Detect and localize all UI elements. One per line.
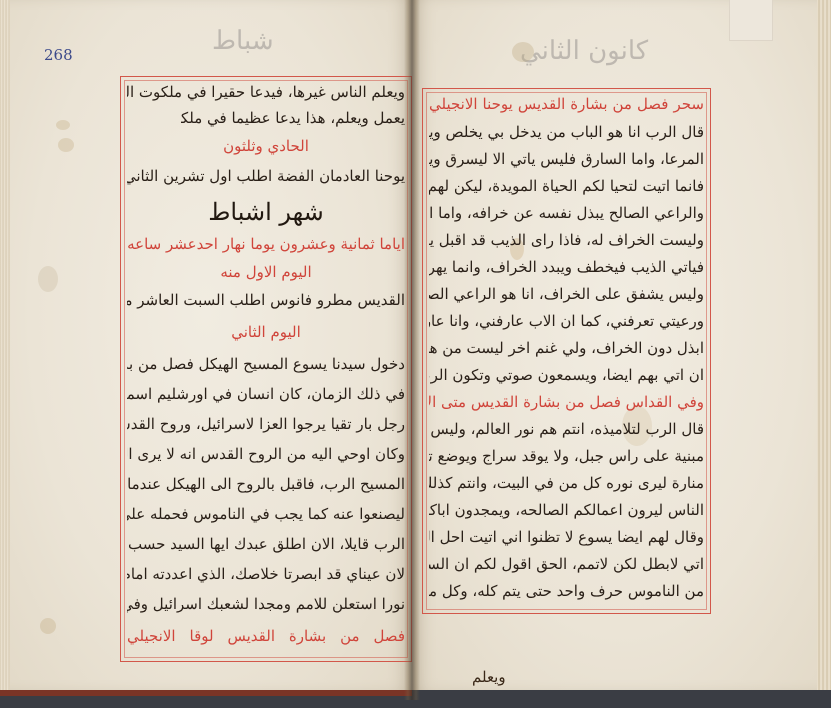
paper-stain bbox=[56, 120, 70, 130]
text-line: مبنية على راس جبل، ولا يوقد سراج ويوضع ت… bbox=[429, 445, 704, 467]
text-line: القديس مطرو فانوس اطلب السبت العاشر من ل… bbox=[127, 289, 405, 311]
right-page-edges bbox=[817, 0, 831, 690]
text-line: وقال لهم ايضا يسوع لا تظنوا اني اتيت احل… bbox=[429, 526, 704, 548]
left-pencil-heading: شباط bbox=[212, 26, 274, 56]
text-line: في ذلك الزمان، كان انسان في اورشليم اسمه… bbox=[127, 383, 405, 405]
catchword: ويعلم bbox=[472, 668, 506, 686]
text-line: المسيح الرب، فاقبل بالروح الى الهيكل عند… bbox=[127, 473, 405, 495]
right-page: كانون الثاني ويعلم سحر فصل من بشارة القد… bbox=[412, 0, 831, 690]
rubric-line: اياما ثمانية وعشرون يوما نهار احدعشر ساع… bbox=[127, 233, 405, 255]
rubric-line: فصل من بشارة القديس لوقا الانجيلي bbox=[127, 625, 405, 647]
left-page-edges bbox=[0, 0, 10, 690]
text-line: يعمل ويعلم، هذا يدعا عظيما في ملكوت السم… bbox=[181, 107, 405, 129]
paper-tab bbox=[729, 0, 773, 41]
text-line: والراعي الصالح يبذل نفسه عن خرافه، واما … bbox=[429, 202, 704, 224]
left-text-frame: ويعلم الناس غيرها، فيدعا حقيرا في ملكوت … bbox=[120, 76, 412, 662]
text-line: من الناموس حرف واحد حتى يتم كله، وكل من … bbox=[429, 580, 704, 602]
paper-stain bbox=[40, 618, 56, 634]
paper-stain bbox=[38, 266, 58, 292]
text-line: اتي لابطل لكن لاتمم، الحق اقول لكم ان ال… bbox=[429, 553, 704, 575]
right-text-frame: سحر فصل من بشارة القديس يوحنا الانجيلي ق… bbox=[422, 88, 711, 614]
text-line: ابذل دون الخراف، ولي غنم اخر ليست من هذا… bbox=[429, 337, 704, 359]
text-line: وليست الخراف له، فاذا راى الذيب قد اقبل … bbox=[429, 229, 704, 251]
text-line: فياتي الذيب فيخطف ويبدد الخراف، وانما يه… bbox=[429, 256, 704, 278]
paper-stain bbox=[58, 138, 74, 152]
text-line: يوحنا العادمان الفضة اطلب اول تشرين الثا… bbox=[127, 165, 405, 187]
text-line: رجل بار تقيا يرجوا العزا لاسرائيل، وروح … bbox=[127, 413, 405, 435]
rubric-line: الحادي وثلثون bbox=[127, 135, 405, 157]
text-line: ان اتي بهم ايضا، ويسمعون صوتي وتكون الرع… bbox=[429, 364, 704, 386]
text-line: الناس ليرون اعمالكم الصالحه، ويمجدون ابا… bbox=[429, 499, 704, 521]
text-line: ورعيتي تعرفني، كما ان الاب عارفني، وانا … bbox=[429, 310, 704, 332]
rubric-line: سحر فصل من بشارة القديس يوحنا الانجيلي bbox=[429, 93, 704, 115]
text-line: دخول سيدنا يسوع المسيح الهيكل فصل من بشا… bbox=[127, 353, 405, 375]
text-line: وليس يشفق على الخراف، انا هو الراعي الصا… bbox=[429, 283, 704, 305]
rubric-line: وفي القداس فصل من بشارة القديس متى الانج… bbox=[429, 391, 704, 413]
right-pencil-heading: كانون الثاني bbox=[520, 36, 648, 66]
day-heading: اليوم الاول منه bbox=[127, 261, 405, 283]
text-line: لان عيناي قد ابصرتا خلاصك، الذي اعددته ا… bbox=[127, 563, 405, 585]
book-gutter bbox=[404, 0, 420, 700]
text-line: ويعلم الناس غيرها، فيدعا حقيرا في ملكوت … bbox=[127, 81, 405, 103]
text-line: ليصنعوا عنه كما يجب في الناموس فحمله على… bbox=[127, 503, 405, 525]
text-line: وكان اوحي اليه من الروح القدس انه لا يرى… bbox=[127, 443, 405, 465]
text-line: قال الرب لتلاميذه، انتم هم نور العالم، و… bbox=[429, 418, 704, 440]
left-page: 268 شباط ويعلم الناس غيرها، فيدعا حقيرا … bbox=[0, 0, 412, 696]
paper-stain bbox=[512, 42, 534, 62]
text-line: قال الرب انا هو الباب من يدخل بي يخلص وي… bbox=[429, 121, 704, 143]
text-line: فانما اتيت لتحيا لكم الحياة المويدة، ليك… bbox=[429, 175, 704, 197]
day-heading: اليوم الثاني bbox=[127, 321, 405, 343]
month-heading: شهر اشباط bbox=[127, 197, 405, 227]
text-line: منارة ليرى نوره كل من في البيت، وانتم كذ… bbox=[429, 472, 704, 494]
text-line: الرب قايلا، الان اطلق عبدك ايها السيد حس… bbox=[127, 533, 405, 555]
text-line: نورا استعلن للامم ومجدا لشعبك اسرائيل وف… bbox=[127, 593, 405, 615]
open-book: 268 شباط ويعلم الناس غيرها، فيدعا حقيرا … bbox=[0, 0, 831, 700]
text-line: المرعا، واما السارق فليس ياتي الا ليسرق … bbox=[429, 148, 704, 170]
folio-number: 268 bbox=[44, 46, 73, 64]
